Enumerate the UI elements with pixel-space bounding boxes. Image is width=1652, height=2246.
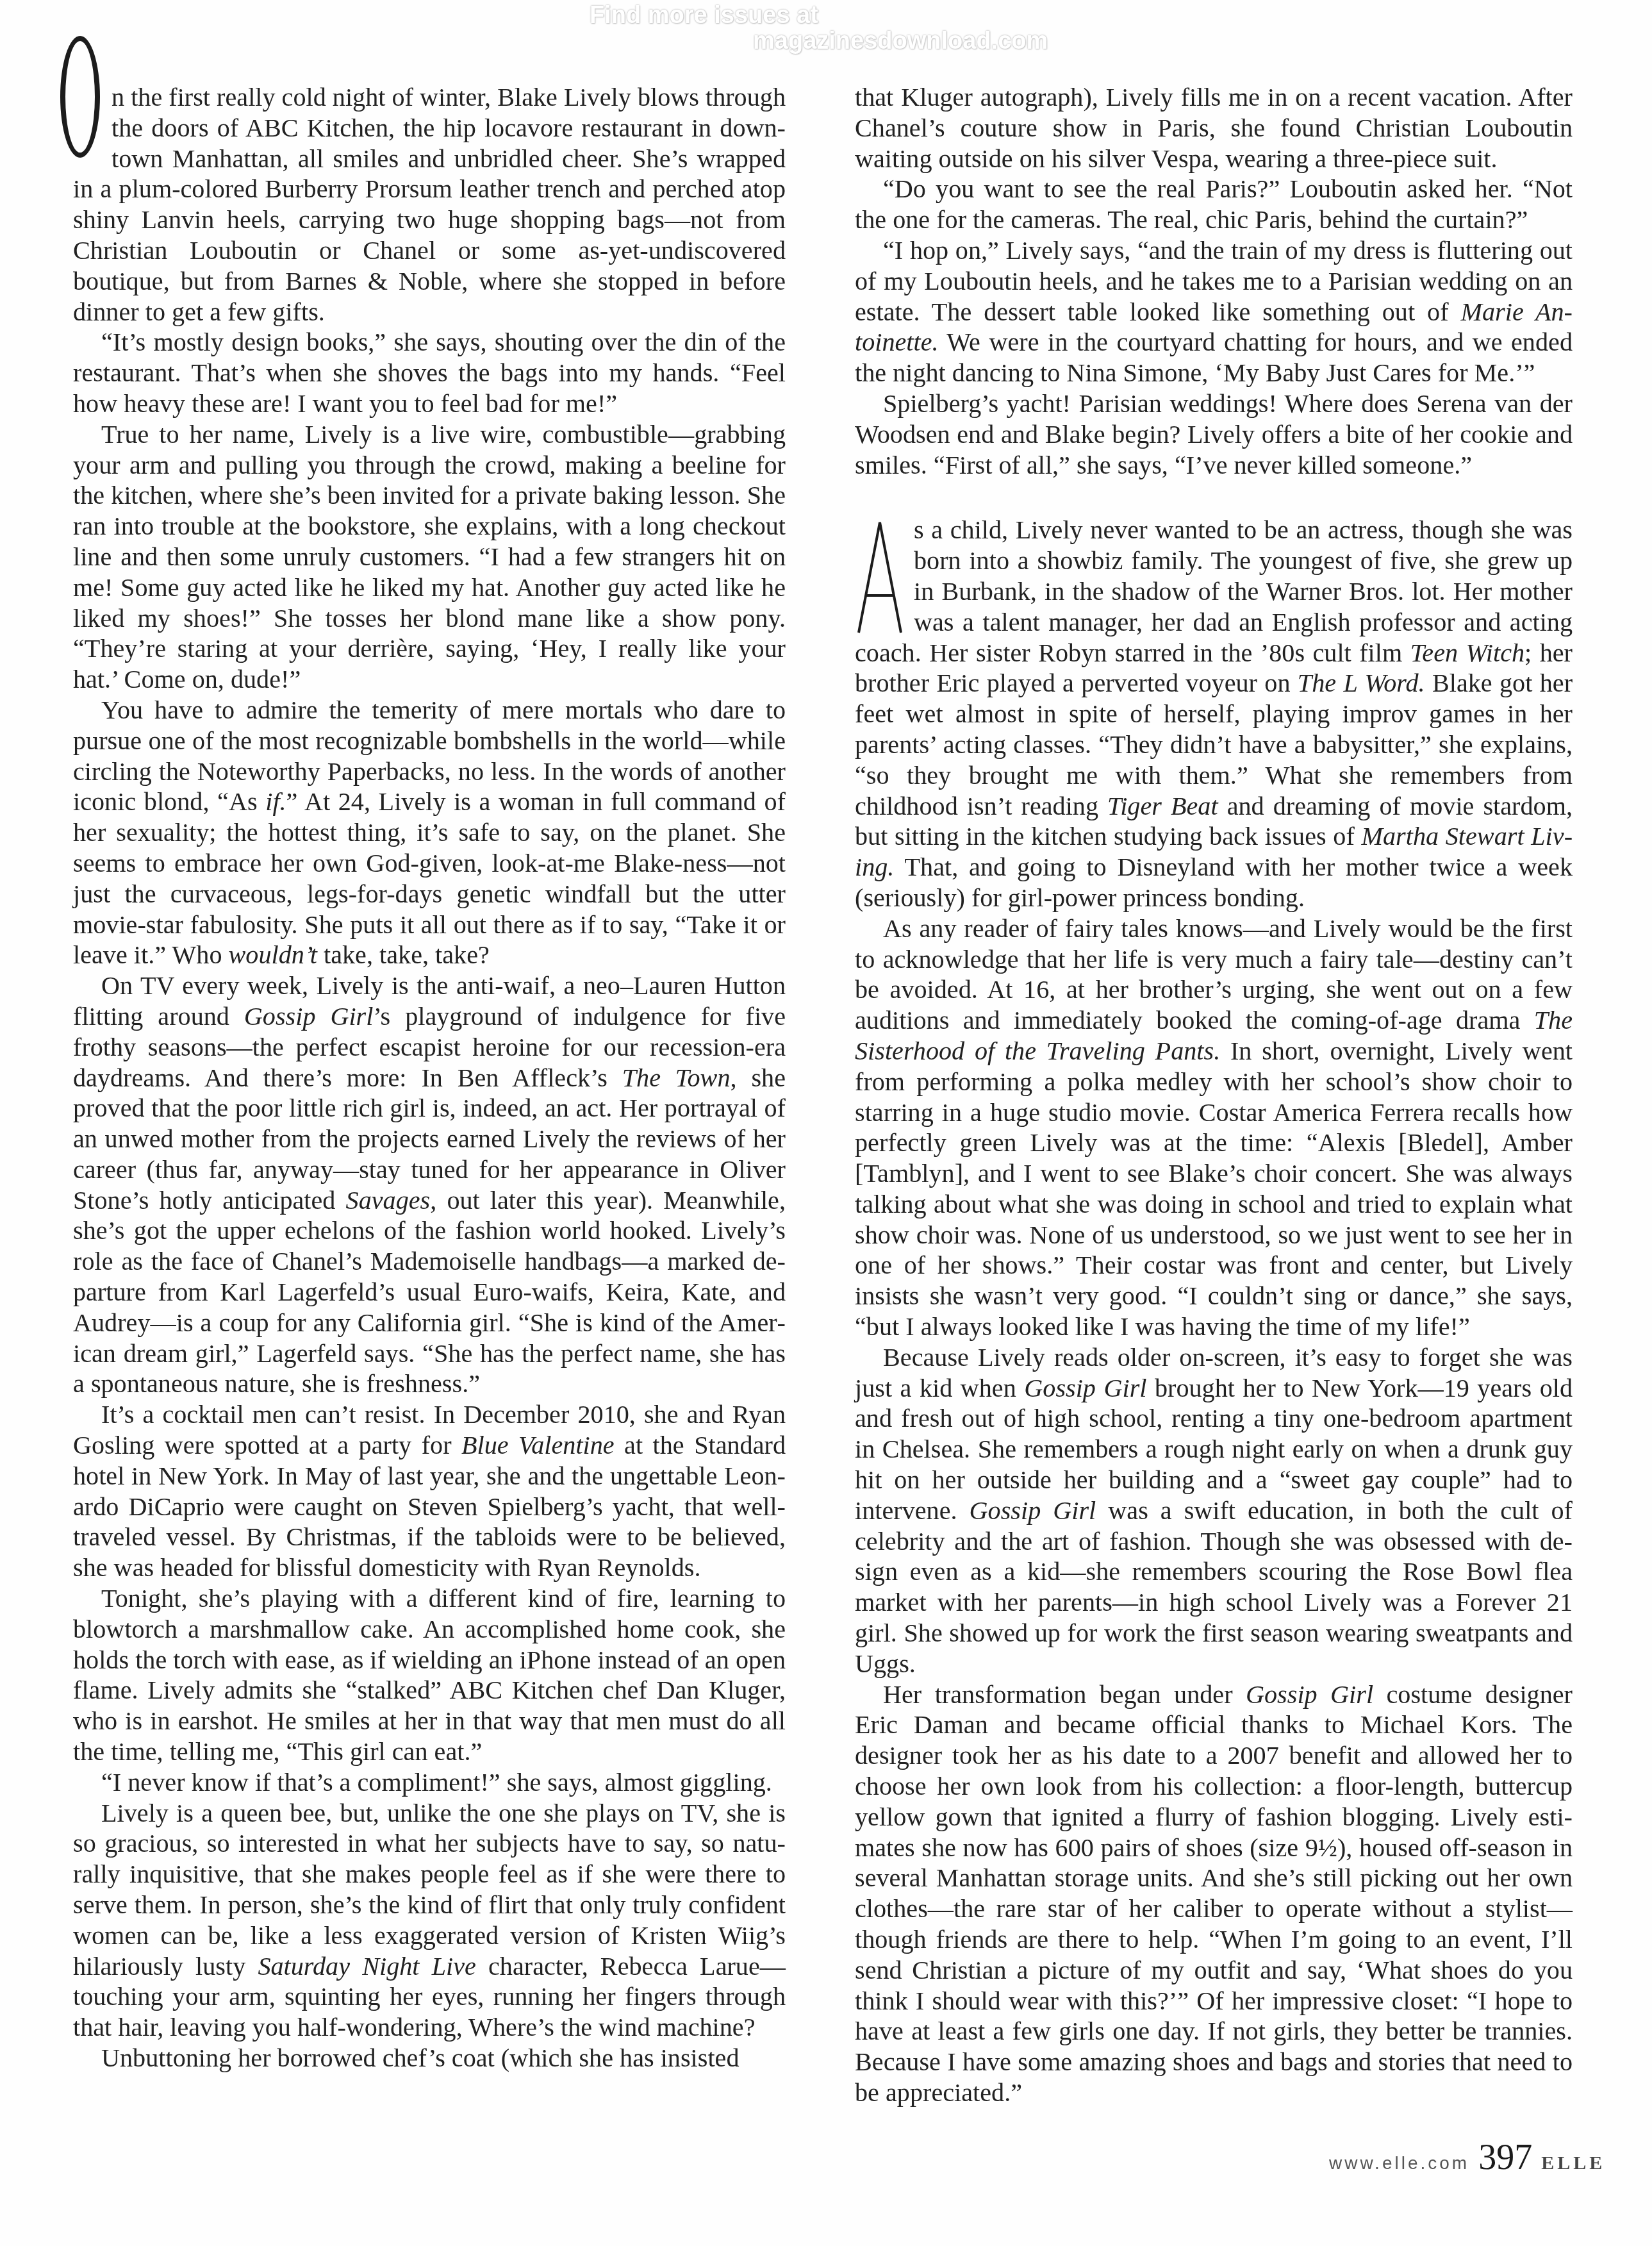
text-run: “I never know if that’s a compliment!” s…	[101, 1768, 772, 1797]
italic-title: Gossip Girl	[1246, 1680, 1373, 1709]
italic-title: The Town	[622, 1063, 731, 1092]
article-paragraph: Her transformation began under Gossip Gi…	[855, 1679, 1573, 2108]
article-paragraph: You have to admire the temerity of mere …	[73, 695, 786, 970]
drop-cap-a	[855, 520, 905, 634]
text-run: Spielberg’s yacht! Parisian weddings! Wh…	[855, 389, 1573, 479]
article-paragraph: As any reader of fairy tales knows—and L…	[855, 913, 1573, 1342]
article-paragraph: “Do you want to see the real Paris?” Lou…	[855, 174, 1573, 235]
article-paragraph: True to her name, Lively is a live wire,…	[73, 419, 786, 695]
article-paragraph: Lively is a queen bee, but, unlike the o…	[73, 1798, 786, 2043]
article-paragraph: “I hop on,” Lively says, “and the train …	[855, 235, 1573, 388]
text-run: n the first really cold night of winter,…	[73, 83, 786, 326]
article-paragraph: Tonight, she’s playing with a different …	[73, 1583, 786, 1767]
article-paragraph: “It’s mostly design books,” she says, sh…	[73, 327, 786, 419]
text-run: That, and going to Disneyland with her m…	[855, 853, 1573, 912]
italic-title: Saturday Night Live	[258, 1952, 475, 1981]
text-run: “It’s mostly design books,” she says, sh…	[73, 328, 786, 418]
drop-cap-o	[60, 36, 100, 158]
article-column-left: n the first really cold night of winter,…	[73, 82, 786, 2074]
italic-title: if.	[265, 787, 286, 816]
article-paragraph: Spielberg’s yacht! Parisian weddings! Wh…	[855, 388, 1573, 480]
text-run: Unbuttoning her borrowed chef’s coat (wh…	[101, 2043, 739, 2072]
watermark-line-1: Find more issues at	[583, 3, 1070, 28]
text-run: Her transformation began under	[883, 1680, 1246, 1709]
article-paragraph: “I never know if that’s a compliment!” s…	[73, 1767, 786, 1798]
italic-title: wouldn’t	[229, 940, 317, 969]
italic-title: Teen Witch	[1410, 638, 1524, 667]
italic-title: Gossip Girl	[244, 1002, 374, 1031]
page-footer: www.elle.com 397 ELLE	[1329, 2137, 1605, 2175]
article-column-right: that Kluger autograph), Lively fills me …	[855, 82, 1573, 2108]
text-run: In short, overnight, Lively went from pe…	[855, 1036, 1573, 1341]
italic-title: Blue Valentine	[461, 1431, 615, 1460]
watermark-line-2: magazinesdownload.com	[583, 28, 1070, 54]
article-paragraph: Because Lively reads older on-screen, it…	[855, 1342, 1573, 1679]
text-run: “Do you want to see the real Paris?” Lou…	[855, 174, 1573, 234]
article-paragraph: On TV every week, Lively is the anti-wai…	[73, 970, 786, 1399]
watermark: Find more issues at magazinesdownload.co…	[583, 3, 1070, 54]
text-run: We were in the courtyard chatting for ho…	[855, 328, 1573, 387]
italic-title: Gossip Girl	[1024, 1374, 1146, 1402]
page-number: 397	[1478, 2137, 1532, 2178]
article-paragraph: n the first really cold night of winter,…	[73, 82, 786, 327]
text-run: , out later this year). Meanwhile, she’s…	[73, 1186, 786, 1399]
text-run: costume designer Eric Daman and became o…	[855, 1680, 1573, 2107]
text-run: As any reader of fairy tales knows—and L…	[855, 914, 1573, 1035]
italic-title: Savages	[346, 1186, 431, 1215]
text-run: that Kluger autograph), Lively fills me …	[855, 83, 1573, 173]
magazine-logo: ELLE	[1541, 2152, 1605, 2174]
italic-title: Gossip Girl	[970, 1496, 1096, 1525]
article-paragraph: that Kluger autograph), Lively fills me …	[855, 82, 1573, 174]
text-run: Tonight, she’s playing with a different …	[73, 1584, 786, 1766]
italic-title: The L Word.	[1298, 669, 1425, 697]
article-paragraph: It’s a cocktail men can’t resist. In Dec…	[73, 1399, 786, 1583]
article-paragraph: Unbuttoning her borrowed chef’s coat (wh…	[73, 2043, 786, 2074]
article-paragraph: s a child, Lively never wanted to be an …	[855, 515, 1573, 913]
text-run: True to her name, Lively is a live wire,…	[73, 420, 786, 694]
magazine-page: Find more issues at magazinesdownload.co…	[0, 0, 1652, 2246]
footer-url: www.elle.com	[1329, 2153, 1469, 2174]
text-run: take, take, take?	[317, 940, 490, 969]
italic-title: Tiger Beat	[1107, 792, 1218, 820]
